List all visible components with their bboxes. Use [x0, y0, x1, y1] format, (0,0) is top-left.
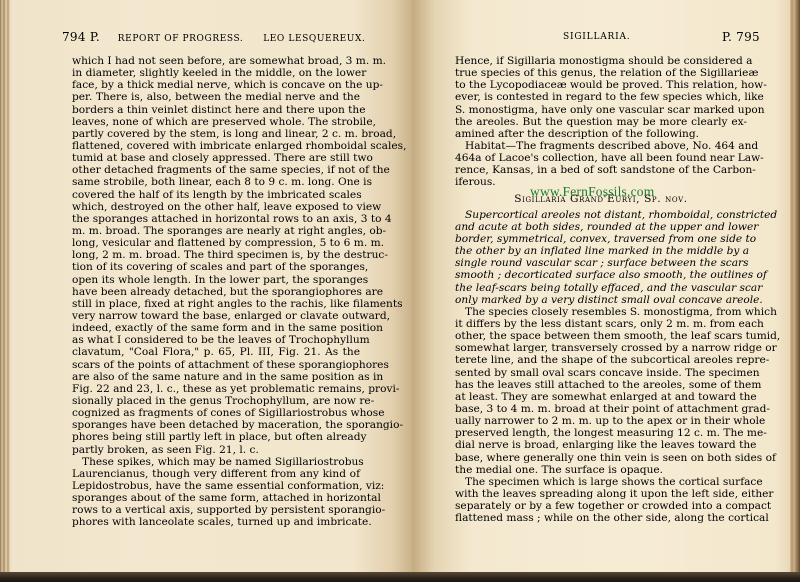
- text-line: and acute at both sides, rounded at the …: [455, 221, 747, 233]
- text-line: base, 3 to 4 m. m. broad at their point …: [455, 403, 747, 415]
- text-line: The specimen which is large shows the co…: [455, 476, 747, 488]
- text-line: still in place, fixed at right angles to…: [72, 298, 360, 310]
- text-line: have been already detached, but the spor…: [72, 286, 360, 298]
- text-line: has the leaves still attached to the are…: [455, 379, 747, 391]
- text-line: sporanges have been detached by macerati…: [72, 419, 360, 431]
- text-line: indeed, exactly of the same form and in …: [72, 322, 360, 334]
- text-line: which, destroyed on the other half, leav…: [72, 201, 360, 213]
- text-line: terete line, and the shape of the subcor…: [455, 354, 747, 366]
- text-line: Supercortical areoles not distant, rhomb…: [455, 209, 747, 221]
- text-line: open its whole length. In the lower part…: [72, 274, 360, 286]
- right-page-edges: [790, 0, 800, 578]
- text-line: as what I considered to be the leaves of…: [72, 334, 360, 346]
- text-line: 464a of Lacoe's collection, have all bee…: [455, 152, 747, 164]
- text-line: to the Lycopodiaceæ would be proved. Thi…: [455, 79, 747, 91]
- text-line: sented by small oval scars concave insid…: [455, 367, 747, 379]
- text-line: at least. They are somewhat enlarged at …: [455, 391, 747, 403]
- text-line: base, where generally one thin vein is s…: [455, 452, 747, 464]
- text-line: the areoles. But the question may be mor…: [455, 116, 747, 128]
- text-line: scars of the points of attachment of the…: [72, 359, 360, 371]
- left-page-edges: [0, 0, 12, 574]
- text-line: The species closely resembles S. monosti…: [455, 306, 747, 318]
- text-line: only marked by a very distinct small ova…: [455, 294, 747, 306]
- text-line: very narrow toward the base, enlarged or…: [72, 310, 360, 322]
- text-line: face, by a thick medial nerve, which is …: [72, 79, 360, 91]
- text-line: ever, is contested in regard to the few …: [455, 91, 747, 103]
- text-line: somewhat larger, transversely crossed by…: [455, 342, 747, 354]
- text-line: sionally placed in the genus Trochophyll…: [72, 395, 360, 407]
- text-line: rows to a vertical axis, supported by pe…: [72, 504, 360, 516]
- text-line: Laurencianus, though very different from…: [72, 468, 360, 480]
- left-running-head: 794 P. REPORT OF PROGRESS. LEO LESQUEREU…: [62, 30, 392, 44]
- right-page-number: P. 795: [722, 30, 760, 44]
- text-line: partly covered by the stem, is long and …: [72, 128, 360, 140]
- right-body-text: Hence, if Sigillaria monostigma should b…: [455, 55, 747, 524]
- text-line: partly broken, as seen Fig. 21, l. c.: [72, 444, 360, 456]
- text-line: per. There is, also, between the medial …: [72, 91, 360, 103]
- left-body-text: which I had not seen before, are somewha…: [72, 55, 360, 528]
- text-line: with the leaves spreading along it upon …: [455, 488, 747, 500]
- text-line: phores with lanceolate scales, turned up…: [72, 516, 360, 528]
- text-line: the other by an inflated line marked in …: [455, 245, 747, 257]
- watermark-link: www.FernFossils.com: [530, 184, 654, 200]
- left-page-number: 794 P.: [62, 30, 100, 44]
- text-line: amined after the description of the foll…: [455, 128, 747, 140]
- text-line: Lepidostrobus, have the same essential c…: [72, 480, 360, 492]
- text-line: preserved length, the longest measuring …: [455, 427, 747, 439]
- text-line: Habitat—The fragments described above, N…: [455, 140, 747, 152]
- text-line: separately or by a few together or crowd…: [455, 500, 747, 512]
- text-line: These spikes, which may be named Sigilla…: [72, 456, 360, 468]
- book-bottom-shadow: [0, 572, 800, 582]
- text-line: the sporanges attached in horizontal row…: [72, 213, 360, 225]
- text-line: which I had not seen before, are somewha…: [72, 55, 360, 67]
- text-line: covered the half of its length by the im…: [72, 189, 360, 201]
- text-line: rence, Kansas, in a bed of soft sandston…: [455, 164, 747, 176]
- text-line: clavatum, "Coal Flora," p. 65, Pl. III, …: [72, 346, 360, 358]
- text-line: other detached fragments of the same spe…: [72, 164, 360, 176]
- text-line: cognized as fragments of cones of Sigill…: [72, 407, 360, 419]
- text-line: the medial one. The surface is opaque.: [455, 464, 747, 476]
- text-line: smooth ; decorticated surface also smoot…: [455, 269, 747, 281]
- text-line: tumid at base and closely appressed. The…: [72, 152, 360, 164]
- text-line: true species of this genus, the relation…: [455, 67, 747, 79]
- text-line: long, vesicular and flattened by compres…: [72, 237, 360, 249]
- right-running-title: SIGILLARIA.: [563, 32, 630, 42]
- text-line: are also of the same nature and in the s…: [72, 371, 360, 383]
- text-line: dial nerve is broad, enlarging like the …: [455, 439, 747, 451]
- text-line: it differs by the less distant scars, on…: [455, 318, 747, 330]
- text-line: sporanges about of the same form, attach…: [72, 492, 360, 504]
- text-line: flattened mass ; while on the other side…: [455, 512, 747, 524]
- text-line: in diameter, slightly keeled in the midd…: [72, 67, 360, 79]
- text-line: the leaf-scars being totally effaced, an…: [455, 282, 747, 294]
- text-line: flattened, covered with imbricate enlarg…: [72, 140, 360, 152]
- open-book-scan: 794 P. REPORT OF PROGRESS. LEO LESQUEREU…: [0, 0, 800, 582]
- text-line: Hence, if Sigillaria monostigma should b…: [455, 55, 747, 67]
- text-line: long, 2 m. m. broad. The third specimen …: [72, 249, 360, 261]
- text-line: m. m. broad. The sporanges are nearly at…: [72, 225, 360, 237]
- text-line: border, symmetrical, convex, traversed f…: [455, 233, 747, 245]
- text-line: ually narrower to 2 m. m. up to the apex…: [455, 415, 747, 427]
- text-line: S. monostigma, have only one vascular sc…: [455, 104, 747, 116]
- left-running-title: REPORT OF PROGRESS.: [118, 34, 244, 44]
- text-line: single round vascular scar ; surface bet…: [455, 257, 747, 269]
- left-running-author: LEO LESQUEREUX.: [263, 34, 365, 44]
- text-line: tion of its covering of scales and part …: [72, 261, 360, 273]
- text-line: other, the space between them smooth, th…: [455, 330, 747, 342]
- text-line: borders a thin veinlet distinct here and…: [72, 104, 360, 116]
- text-line: phores being still partly left in place,…: [72, 431, 360, 443]
- text-line: same strobile, both linear, each 8 to 9 …: [72, 176, 360, 188]
- text-line: Fig. 22 and 23, l. c., these as yet prob…: [72, 383, 360, 395]
- text-line: leaves, none of which are preserved whol…: [72, 116, 360, 128]
